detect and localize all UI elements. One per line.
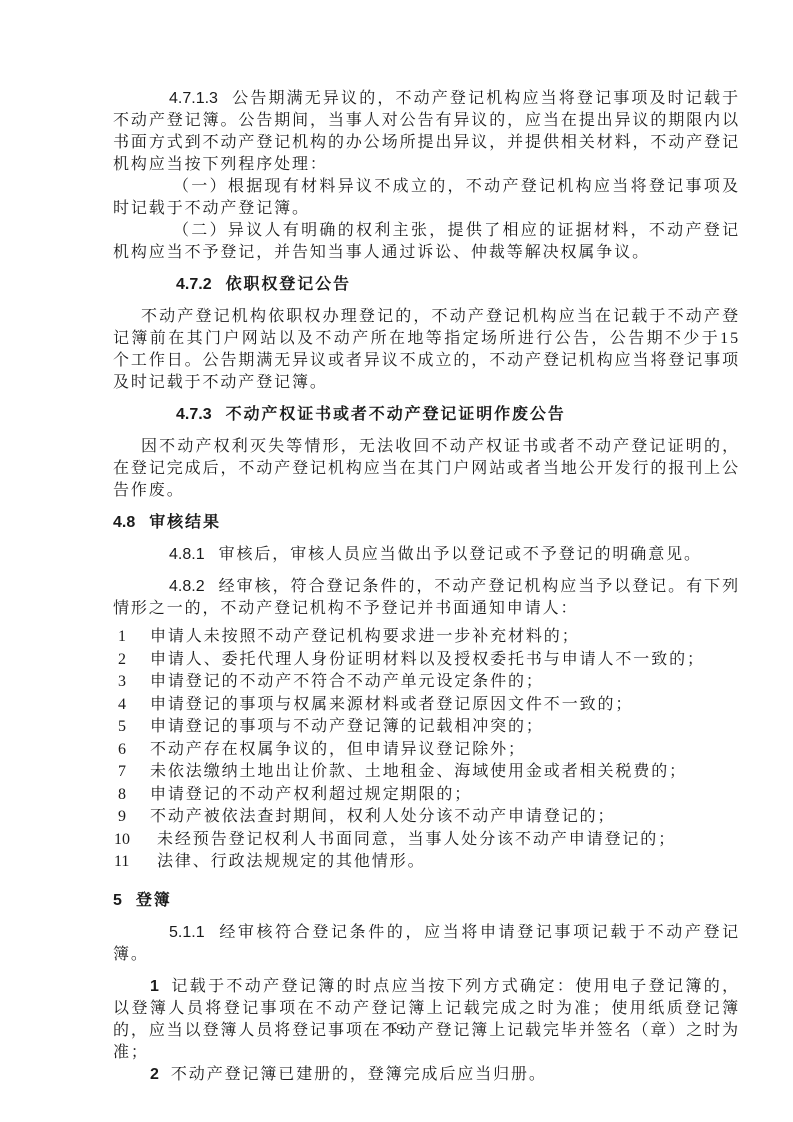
list-item: 10未经预告登记权利人书面同意，当事人处分该不动产申请登记的；: [113, 829, 740, 852]
heading-5: 5登簿: [113, 890, 740, 912]
heading-title: 登簿: [136, 892, 172, 909]
list-item-text: 申请人未按照不动产登记机构要求进一步补充材料的；: [150, 626, 740, 649]
heading-number: 4.7.2: [176, 276, 212, 293]
list-item-text: 未经预告登记权利人书面同意，当事人处分该不动产申请登记的；: [157, 829, 740, 852]
list-item: 7未依法缴纳土地出让价款、土地租金、海域使用金或者相关税费的；: [113, 761, 740, 784]
list-item: 2申请人、委托代理人身份证明材料以及授权委托书与申请人不一致的；: [113, 649, 740, 672]
clause-4-7-1-3: 4.7.1.3公告期满无异议的，不动产登记机构应当将登记事项及时记载于不动产登记…: [113, 88, 740, 176]
handling-item-2: （二）异议人有明确的权利主张，提供了相应的证据材料，不动产登记机构应当不予登记，…: [113, 220, 740, 264]
heading-number: 4.8: [113, 514, 135, 531]
para-4-7-2: 不动产登记机构依职权办理登记的，不动产登记机构应当在记载于不动产登记簿前在其门户…: [113, 306, 740, 394]
clause-number: 4.7.1.3: [169, 90, 218, 107]
list-item-text: 申请人、委托代理人身份证明材料以及授权委托书与申请人不一致的；: [150, 649, 740, 672]
clause-text: 经审核符合登记条件的，应当将申请登记事项记载于不动产登记簿。: [113, 924, 740, 963]
list-item-number: 2: [113, 649, 150, 672]
list-item-text: 未依法缴纳土地出让价款、土地租金、海域使用金或者相关税费的；: [150, 761, 740, 784]
heading-number: 4.7.3: [176, 406, 212, 423]
clause-text: 审核后，审核人员应当做出予以登记或不予登记的明确意见。: [219, 546, 702, 563]
clause-4-8-1: 4.8.1审核后，审核人员应当做出予以登记或不予登记的明确意见。: [113, 544, 740, 566]
list-item: 6不动产存在权属争议的，但申请异议登记除外；: [113, 739, 740, 762]
list-item: 5申请登记的事项与不动产登记簿的记载相冲突的；: [113, 716, 740, 739]
list-item-number: 9: [113, 806, 150, 829]
booking-item-1: 1记载于不动产登记簿的时点应当按下列方式确定：使用电子登记簿的，以登簿人员将登记…: [113, 976, 740, 1064]
refusal-condition-list: 1申请人未按照不动产登记机构要求进一步补充材料的； 2申请人、委托代理人身份证明…: [113, 626, 740, 874]
list-item: 11法律、行政法规规定的其他情形。: [113, 851, 740, 874]
list-item-number: 8: [113, 784, 150, 807]
heading-4-8: 4.8审核结果: [113, 512, 740, 534]
sub-item-text: 不动产登记簿已建册的，登簿完成后应当归册。: [171, 1066, 547, 1083]
booking-item-2: 2不动产登记簿已建册的，登簿完成后应当归册。: [113, 1064, 740, 1086]
list-item-text: 申请登记的不动产权利超过规定期限的；: [150, 784, 740, 807]
list-item-text: 不动产存在权属争议的，但申请异议登记除外；: [150, 739, 740, 762]
heading-title: 审核结果: [149, 514, 221, 531]
clause-number: 4.8.2: [169, 578, 205, 595]
list-item: 8申请登记的不动产权利超过规定期限的；: [113, 784, 740, 807]
heading-title: 不动产权证书或者不动产登记证明作废公告: [226, 406, 566, 423]
list-item-text: 不动产被依法查封期间，权利人处分该不动产申请登记的；: [150, 806, 740, 829]
list-item-number: 1: [113, 626, 150, 649]
heading-4-7-3: 4.7.3不动产权证书或者不动产登记证明作废公告: [113, 404, 740, 426]
list-item: 9不动产被依法查封期间，权利人处分该不动产申请登记的；: [113, 806, 740, 829]
handling-item-1: （一）根据现有材料异议不成立的，不动产登记机构应当将登记事项及时记载于不动产登记…: [113, 176, 740, 220]
list-item: 3申请登记的不动产不符合不动产单元设定条件的；: [113, 671, 740, 694]
list-item-text: 申请登记的不动产不符合不动产单元设定条件的；: [150, 671, 740, 694]
clause-number: 5.1.1: [169, 924, 205, 941]
list-item: 4申请登记的事项与权属来源材料或者登记原因文件不一致的；: [113, 694, 740, 717]
list-item-text: 申请登记的事项与不动产登记簿的记载相冲突的；: [150, 716, 740, 739]
list-item: 1申请人未按照不动产登记机构要求进一步补充材料的；: [113, 626, 740, 649]
sub-item-text: 记载于不动产登记簿的时点应当按下列方式确定：使用电子登记簿的，以登簿人员将登记事…: [113, 978, 740, 1061]
list-item-text: 申请登记的事项与权属来源材料或者登记原因文件不一致的；: [150, 694, 740, 717]
clause-number: 4.8.1: [169, 546, 205, 563]
para-4-7-3: 因不动产权利灭失等情形，无法收回不动产权证书或者不动产登记证明的，在登记完成后，…: [113, 436, 740, 502]
list-item-number: 11: [113, 851, 157, 874]
clause-text: 经审核，符合登记条件的，不动产登记机构应当予以登记。有下列情形之一的，不动产登记…: [113, 578, 740, 617]
list-item-number: 7: [113, 761, 150, 784]
clause-4-8-2: 4.8.2经审核，符合登记条件的，不动产登记机构应当予以登记。有下列情形之一的，…: [113, 576, 740, 620]
list-item-number: 5: [113, 716, 150, 739]
document-page: 4.7.1.3公告期满无异议的，不动产登记机构应当将登记事项及时记载于不动产登记…: [0, 0, 793, 1122]
list-item-number: 3: [113, 671, 150, 694]
clause-5-1-1: 5.1.1经审核符合登记条件的，应当将申请登记事项记载于不动产登记簿。: [113, 922, 740, 966]
list-item-number: 4: [113, 694, 150, 717]
heading-4-7-2: 4.7.2依职权登记公告: [113, 274, 740, 296]
sub-item-number: 1: [150, 978, 159, 995]
sub-item-number: 2: [150, 1066, 159, 1083]
list-item-number: 10: [113, 829, 157, 852]
heading-title: 依职权登记公告: [226, 276, 351, 293]
heading-number: 5: [113, 892, 122, 909]
page-number: 19: [0, 1022, 793, 1038]
list-item-number: 6: [113, 739, 150, 762]
list-item-text: 法律、行政法规规定的其他情形。: [157, 851, 740, 874]
